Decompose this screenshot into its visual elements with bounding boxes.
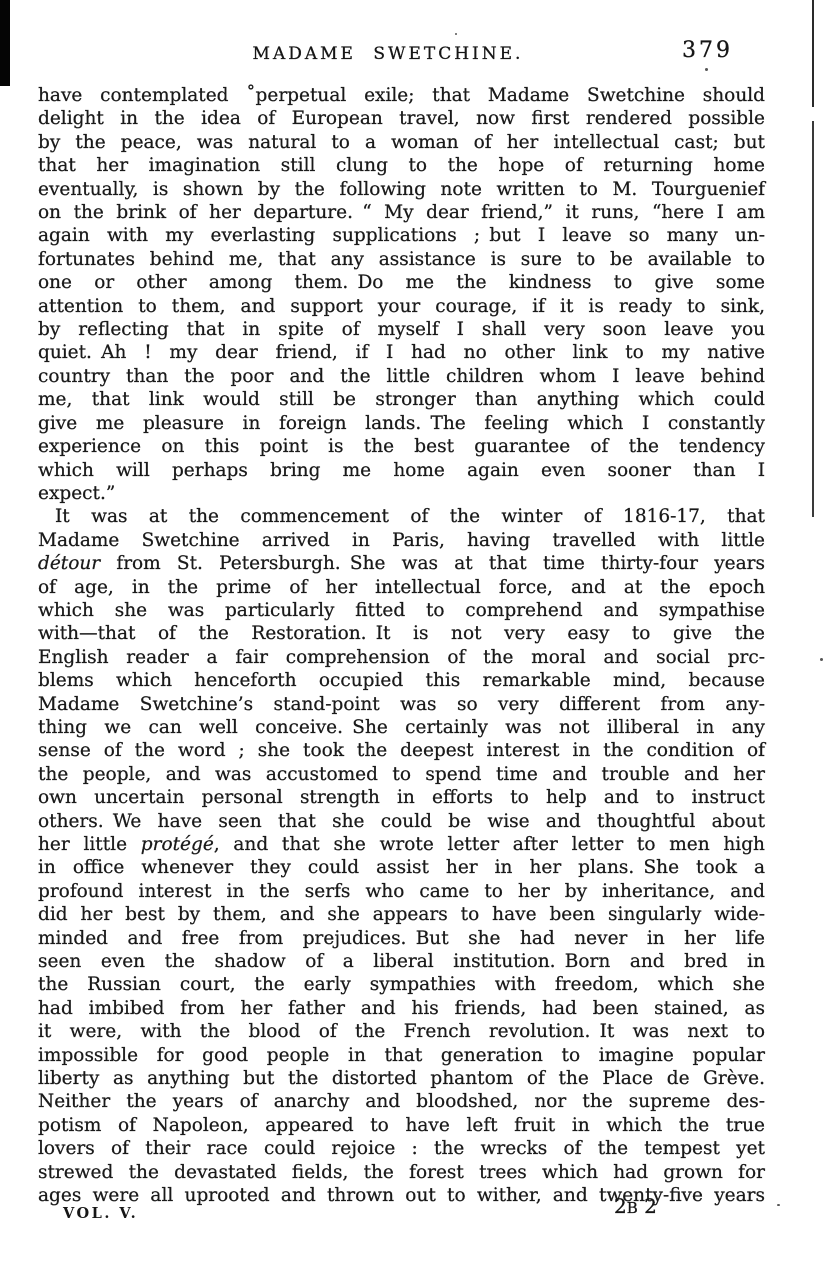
text-line: her little protégé, and that she wrote l… [38,833,765,856]
text-line: the people, and was accustomed to spend … [38,763,765,786]
text-line: blems which henceforth occupied this rem… [38,669,765,692]
text-line: strewed the devastated fields, the fores… [38,1161,765,1184]
signature-prefix: 2 [614,1194,627,1218]
text-line: Madame Swetchine arrived in Paris, havin… [38,529,765,552]
text-line: country than the poor and the little chi… [38,365,765,388]
text-line: give me pleasure in foreign lands. The f… [38,412,765,435]
text-line: had imbibed from her father and his frie… [38,997,765,1020]
text-line: which she was particularly fitted to com… [38,599,765,622]
scan-speck [705,68,708,71]
book-page: MADAME SWETCHINE. 379 have contemplated … [0,0,828,1263]
text-line: impossible for good people in that gener… [38,1044,765,1067]
running-header-title: MADAME SWETCHINE. [38,44,738,64]
text-line: by the peace, was natural to a woman of … [38,131,765,154]
text-line: Madame Swetchine’s stand-point was so ve… [38,693,765,716]
text-line: that her imagination still clung to the … [38,154,765,177]
volume-label: VOL. V. [63,1205,138,1222]
text-line: the Russian court, the early sympathies … [38,973,765,996]
paragraph: It was at the commencement of the winter… [38,505,765,1207]
paragraph: have contemplated ˚perpetual exile; that… [38,84,765,505]
text-line: experience on this point is the best gua… [38,435,765,458]
text-line: attention to them, and support your cour… [38,295,765,318]
signature-mark: 2B 2 [614,1194,657,1218]
text-line: minded and free from prejudices. But she… [38,927,765,950]
text-line: of age, in the prime of her intellectual… [38,576,765,599]
text-line: eventually, is shown by the following no… [38,178,765,201]
text-line: expect.” [38,482,765,505]
text-line: profound interest in the serfs who came … [38,880,765,903]
scan-speck [820,658,823,661]
page-number: 379 [682,38,733,63]
scan-artifact-left-bar [0,0,10,86]
text-line: others. We have seen that she could be w… [38,810,765,833]
text-line: liberty as anything but the distorted ph… [38,1067,765,1090]
text-line: potism of Napoleon, appeared to have lef… [38,1114,765,1137]
scan-artifact-edge-line-upper [812,0,814,107]
signature-suffix: 2 [638,1194,657,1218]
text-line: me, that link would still be stronger th… [38,388,765,411]
text-line: delight in the idea of European travel, … [38,107,765,130]
scan-artifact-edge-line-lower [812,121,814,517]
text-line: with—that of the Restoration. It is not … [38,622,765,645]
text-line: fortunates behind me, that any assistanc… [38,248,765,271]
text-line: English reader a fair comprehension of t… [38,646,765,669]
text-block: have contemplated ˚perpetual exile; that… [38,84,765,1208]
text-line: seen even the shadow of a liberal instit… [38,950,765,973]
text-line: which will perhaps bring me home again e… [38,459,765,482]
text-line: it were, with the blood of the French re… [38,1020,765,1043]
text-line: Neither the years of anarchy and bloodsh… [38,1090,765,1113]
text-line: It was at the commencement of the winter… [38,505,765,528]
text-line: thing we can well conceive. She certainl… [38,716,765,739]
text-line: have contemplated ˚perpetual exile; that… [38,84,765,107]
text-line: own uncertain personal strength in effor… [38,786,765,809]
text-line: on the brink of her departure. “ My dear… [38,201,765,224]
text-line: one or other among them. Do me the kindn… [38,271,765,294]
scan-speck [777,1204,780,1206]
italic-text: protégé [141,834,214,855]
text-line: sense of the word ; she took the deepest… [38,739,765,762]
italic-text: détour [38,553,100,574]
text-line: lovers of their race could rejoice : the… [38,1137,765,1160]
text-line: détour from St. Petersburgh. She was at … [38,552,765,575]
text-line: in office whenever they could assist her… [38,856,765,879]
signature-letter: B [627,1199,638,1217]
text-line: quiet. Ah ! my dear friend, if I had no … [38,341,765,364]
text-line: again with my everlasting supplications … [38,224,765,247]
text-line: by reflecting that in spite of myself I … [38,318,765,341]
scan-speck [455,33,457,35]
text-line: did her best by them, and she appears to… [38,903,765,926]
